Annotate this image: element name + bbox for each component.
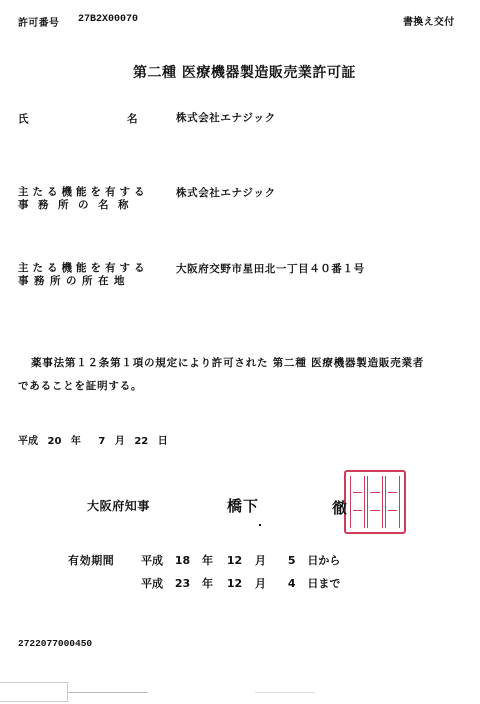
field-name-label-right: 名	[127, 111, 138, 126]
document-title: 第二種 医療機器製造販売業許可証	[133, 62, 356, 82]
validity-to-year-unit: 年	[202, 575, 213, 591]
validity-to: 平成 23 年 12 月 4 日まで	[141, 575, 340, 591]
reissue-note: 書換え交付	[403, 13, 455, 28]
validity-from-day: 5	[288, 554, 296, 567]
field-office-name-label-2: 事務所の名称	[18, 199, 138, 211]
field-name-value: 株式会社エナジック	[176, 110, 276, 125]
issue-date-year-unit: 年	[71, 432, 81, 447]
validity-to-month-unit: 月	[255, 575, 266, 591]
dot-mark	[259, 524, 261, 526]
scan-edge-box	[0, 682, 68, 702]
validity-from: 平成 18 年 12 月 5 日から	[141, 552, 340, 568]
field-office-address-label-1: 主たる機能を有する	[18, 262, 149, 274]
scan-edge-line	[68, 692, 148, 693]
validity-from-year: 18	[175, 554, 190, 567]
field-office-address-value: 大阪府交野市星田北一丁目４０番１号	[176, 261, 365, 276]
issuer-name-given: 徹	[332, 497, 347, 518]
document-number: 2722077000450	[18, 638, 92, 649]
field-name-label-left: 氏	[18, 111, 29, 126]
issue-date-month-unit: 月	[115, 432, 125, 447]
official-seal-icon	[344, 470, 406, 534]
issue-date: 平成 20 年 7 月 22 日	[18, 432, 168, 447]
validity-to-era: 平成	[141, 575, 163, 591]
issue-date-year: 20	[47, 436, 61, 447]
issue-date-era: 平成	[18, 432, 38, 447]
issuer-title: 大阪府知事	[87, 497, 150, 514]
validity-from-suffix: 日から	[307, 552, 340, 568]
issue-date-day: 22	[134, 436, 148, 447]
issuer-name-surname: 橋下	[227, 495, 259, 516]
validity-to-year: 23	[175, 577, 190, 590]
validity-from-month-unit: 月	[255, 552, 266, 568]
field-office-address-label-2: 事務所の所在地	[18, 275, 130, 287]
validity-to-suffix: 日まで	[307, 575, 340, 591]
validity-label: 有効期間	[68, 552, 114, 568]
permit-number-label: 許可番号	[18, 14, 59, 29]
certification-line-1: 薬事法第１２条第１項の規定により許可された 第二種 医療機器製造販売業者	[31, 355, 424, 370]
validity-from-month: 12	[227, 554, 242, 567]
validity-from-era: 平成	[141, 552, 163, 568]
permit-number: 27B2X00070	[78, 14, 138, 25]
certification-line-2: であることを証明する。	[18, 378, 142, 393]
validity-to-day: 4	[288, 577, 296, 590]
issue-date-month: 7	[98, 436, 105, 447]
scan-edge-line	[255, 692, 315, 693]
validity-from-year-unit: 年	[202, 552, 213, 568]
field-office-name-label-1: 主たる機能を有する	[18, 186, 149, 198]
issue-date-day-unit: 日	[158, 432, 168, 447]
field-office-name-value: 株式会社エナジック	[176, 185, 276, 200]
validity-to-month: 12	[227, 577, 242, 590]
